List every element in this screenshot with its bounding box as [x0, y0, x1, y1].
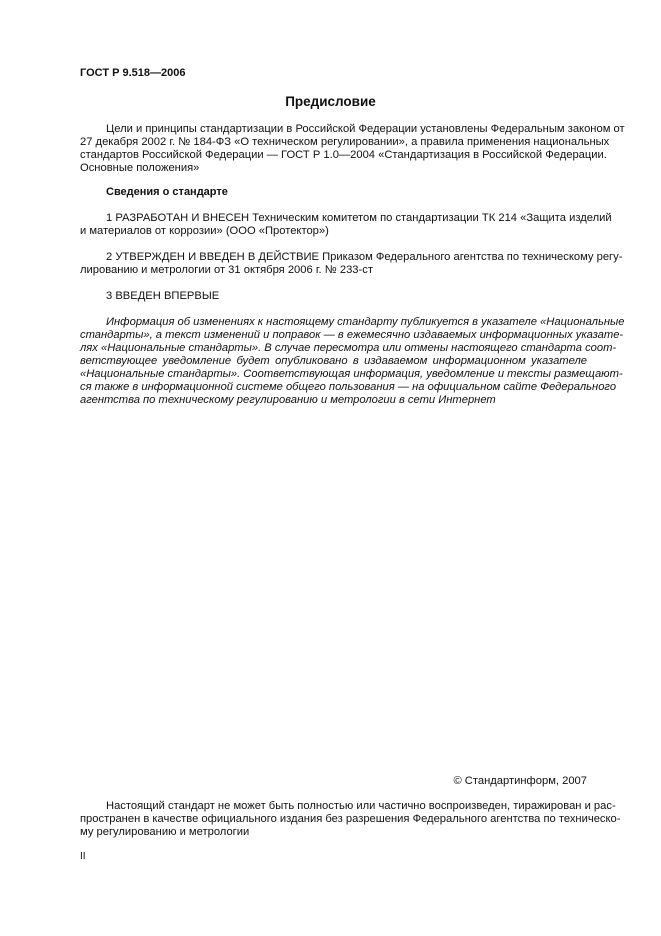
item-3: 3 ВВЕДЕН ВПЕРВЫЕ	[106, 290, 587, 303]
info-line: лях «Национальные стандарты». В случае п…	[80, 342, 587, 355]
intro-line: стандартов Российской Федерации — ГОСТ Р…	[80, 149, 587, 162]
notice-line: Настоящий стандарт не может быть полност…	[106, 800, 587, 813]
intro-line: Основные положения»	[80, 162, 587, 175]
section-subheading: Сведения о стандарте	[106, 186, 228, 198]
notice-line: му регулированию и метрологии	[80, 826, 587, 839]
info-line: стандарты», а текст изменений и поправок…	[80, 329, 587, 342]
intro-line: 27 декабря 2002 г. № 184-ФЗ «О техническ…	[80, 136, 587, 149]
document-page: ГОСТ Р 9.518—2006 Предисловие Цели и при…	[0, 0, 661, 936]
item-2-line: лированию и метрологии от 31 октября 200…	[80, 264, 587, 277]
info-line: ся также в информационной системе общего…	[80, 381, 587, 394]
page-title: Предисловие	[0, 94, 661, 109]
info-line: Информация об изменениях к настоящему ст…	[106, 316, 587, 329]
notice-line: пространен в качестве официального издан…	[80, 813, 587, 826]
item-1-line: 1 РАЗРАБОТАН И ВНЕСЕН Техническим комите…	[106, 212, 587, 225]
copyright: © Стандартинформ, 2007	[453, 775, 587, 787]
intro-line: Цели и принципы стандартизации в Российс…	[106, 123, 587, 136]
info-line: ветствующее уведомление будет опубликова…	[80, 355, 587, 368]
page-number: II	[80, 851, 86, 862]
item-1-line: и материалов от коррозии» (ООО «Протекто…	[80, 225, 587, 238]
document-header: ГОСТ Р 9.518—2006	[80, 67, 185, 79]
item-2-line: 2 УТВЕРЖДЕН И ВВЕДЕН В ДЕЙСТВИЕ Приказом…	[106, 251, 587, 264]
info-line: агентства по техническому регулированию …	[80, 394, 587, 407]
info-line: «Национальные стандарты». Соответствующа…	[80, 368, 587, 381]
